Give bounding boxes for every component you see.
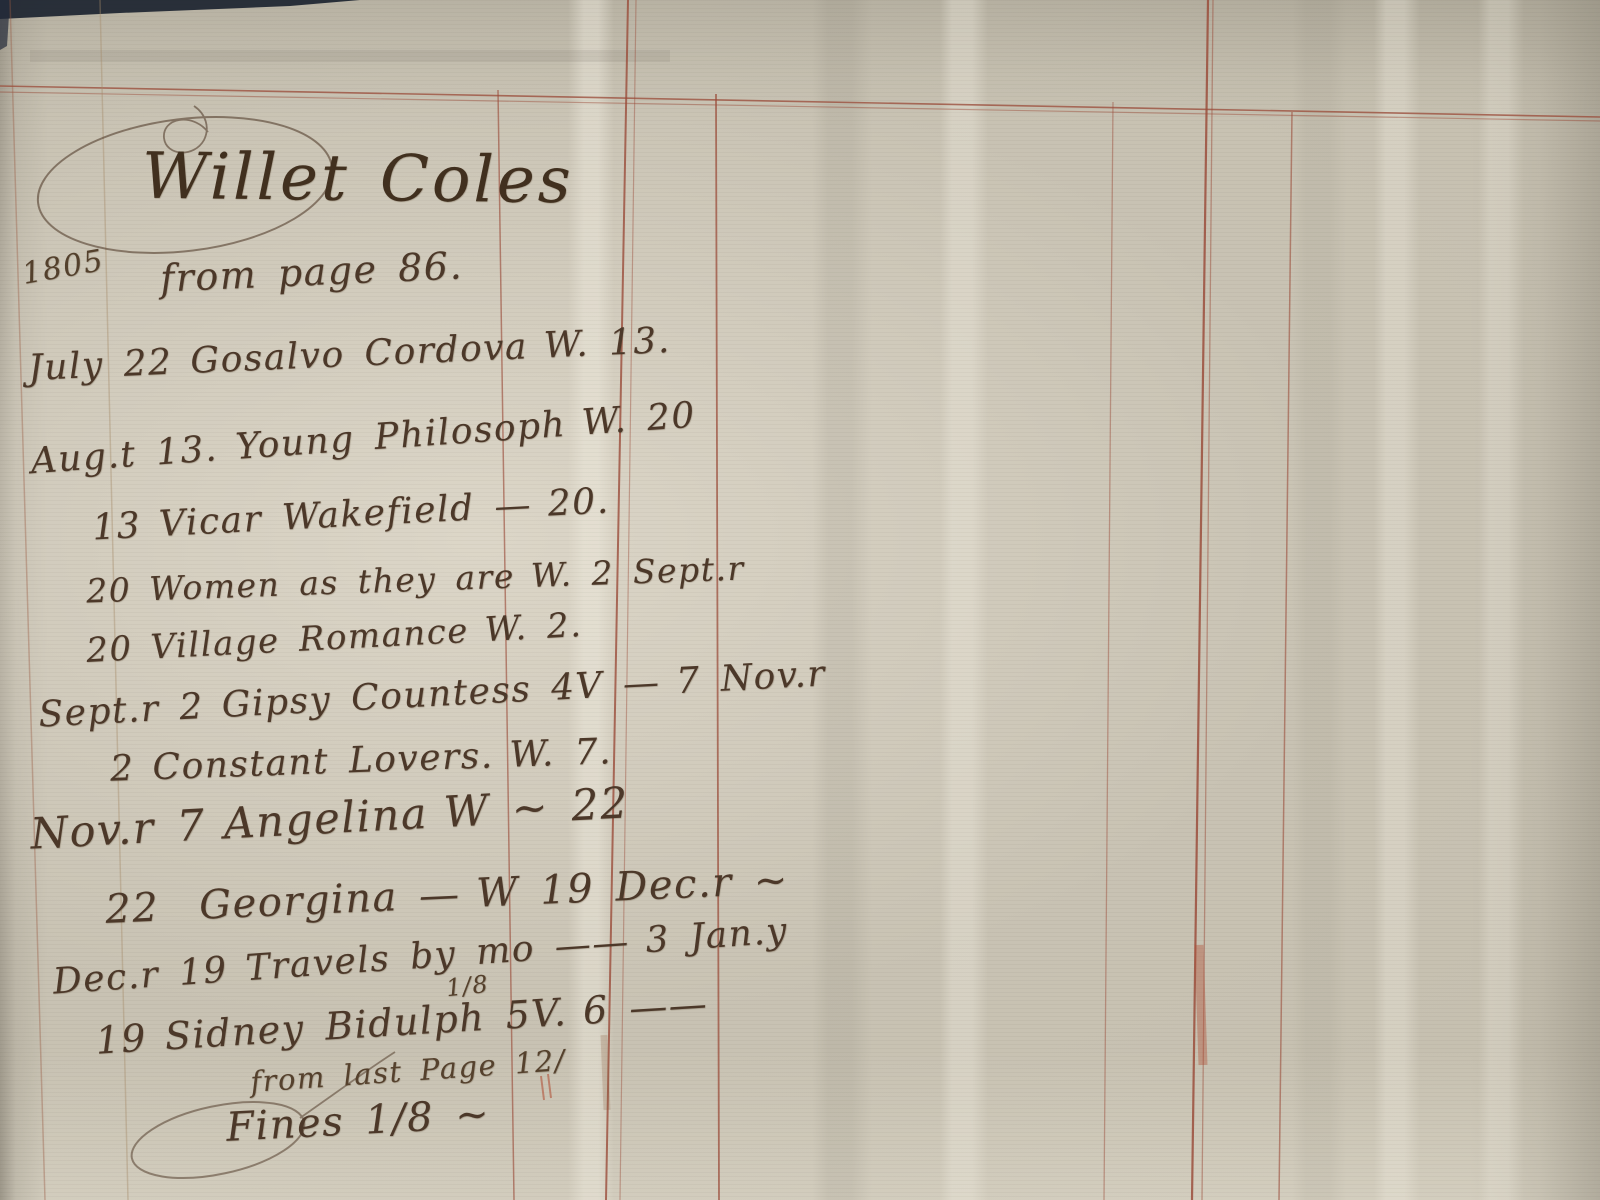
- entry-date: Nov.r 7: [29, 801, 207, 860]
- entry-date: Sept.r 2: [37, 686, 204, 736]
- entry-return-note: W. 2 Sept.r: [530, 549, 745, 595]
- entry-return-note: W. 7.: [509, 731, 613, 776]
- column-rule: [1104, 102, 1113, 1200]
- entry-return-note: W ~ 22: [443, 778, 631, 838]
- entry-date: 13: [91, 505, 142, 548]
- column-rule: [1279, 112, 1292, 1200]
- account-name: Willet Coles: [142, 140, 574, 219]
- red-ink-smudge: [1199, 945, 1203, 1065]
- entry-return-note: W. 13.: [543, 320, 672, 366]
- ink-smudge: [604, 1035, 607, 1110]
- entry-return-note: 6 ——: [582, 981, 710, 1033]
- entry-return-note: W. 2.: [484, 605, 584, 650]
- entry-date: 2: [109, 748, 135, 790]
- column-rule: [716, 94, 719, 1200]
- entry-return-note: 7 Nov.r: [675, 653, 827, 702]
- entry-date: 20: [85, 629, 133, 671]
- binding-edge: [0, 0, 360, 19]
- column-rule: [10, 0, 45, 1200]
- entry-return-note: 20.: [547, 480, 611, 524]
- entry-book-title: Angelina: [222, 789, 429, 850]
- entry-date: July 22: [27, 342, 173, 389]
- entry-date: 20: [86, 570, 132, 611]
- entry-return-note: W. 20: [581, 395, 697, 444]
- head-rule: [0, 86, 1600, 117]
- entry-date: 19: [94, 1016, 148, 1063]
- entry-date: 22: [104, 885, 160, 933]
- fine-amount-superscript: 1/8: [445, 970, 491, 1002]
